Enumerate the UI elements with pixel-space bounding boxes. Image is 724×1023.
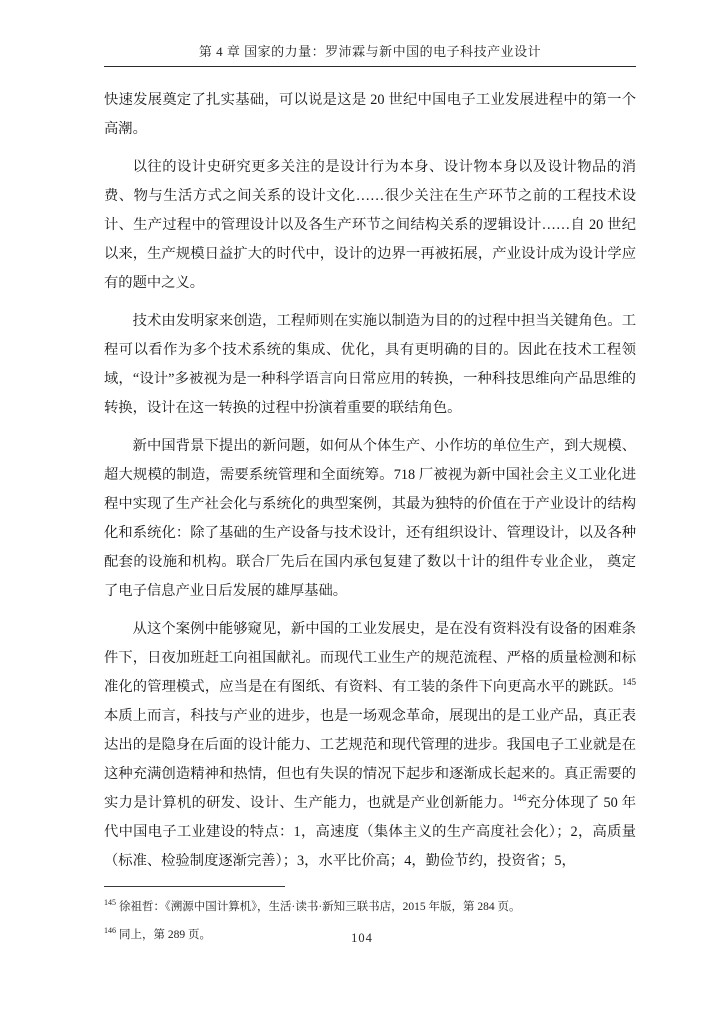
paragraph-2: 以往的设计史研究更多关注的是设计行为本身、设计物本身以及设计物品的消费、物与生活… [104,153,636,298]
chapter-header-title: 第 4 章 国家的力量：罗沛霖与新中国的电子科技产业设计 [199,44,541,59]
footnote-ref-146: 146 [513,793,527,803]
paragraph-5: 从这个案例中能够窥见，新中国的工业发展史，是在没有资料没有设备的困难条件下，日夜… [104,615,636,876]
paragraph-1: 快速发展奠定了扎实基础，可以说是这是 20 世纪中国电子工业发展进程中的第一个高… [104,86,636,144]
paragraph-3: 技术由发明家来创造，工程师则在实施以制造为目的的过程中担当关键角色。工程可以看作… [104,307,636,423]
page-number: 104 [0,931,724,946]
footnote-separator [104,886,285,887]
paragraph-4: 新中国背景下提出的新问题，如何从个体生产、小作坊的单位生产，到大规模、超大规模的… [104,432,636,606]
chapter-header: 第 4 章 国家的力量：罗沛霖与新中国的电子科技产业设计 [104,44,636,67]
footnote-1-text: 徐祖哲：《溯源中国计算机》，生活·读书·新知三联书店，2015 年版，第 284… [119,901,521,913]
footnote-1: 145徐祖哲：《溯源中国计算机》，生活·读书·新知三联书店，2015 年版，第 … [104,893,636,921]
footnote-1-number: 145 [104,898,116,907]
paragraph-5-part-1: 从这个案例中能够窥见，新中国的工业发展史，是在没有资料没有设备的困难条件下，日夜… [104,621,636,695]
body-text: 快速发展奠定了扎实基础，可以说是这是 20 世纪中国电子工业发展进程中的第一个高… [104,86,636,885]
document-page: 第 4 章 国家的力量：罗沛霖与新中国的电子科技产业设计 快速发展奠定了扎实基础… [0,0,724,1023]
footnote-ref-145: 145 [623,677,637,687]
